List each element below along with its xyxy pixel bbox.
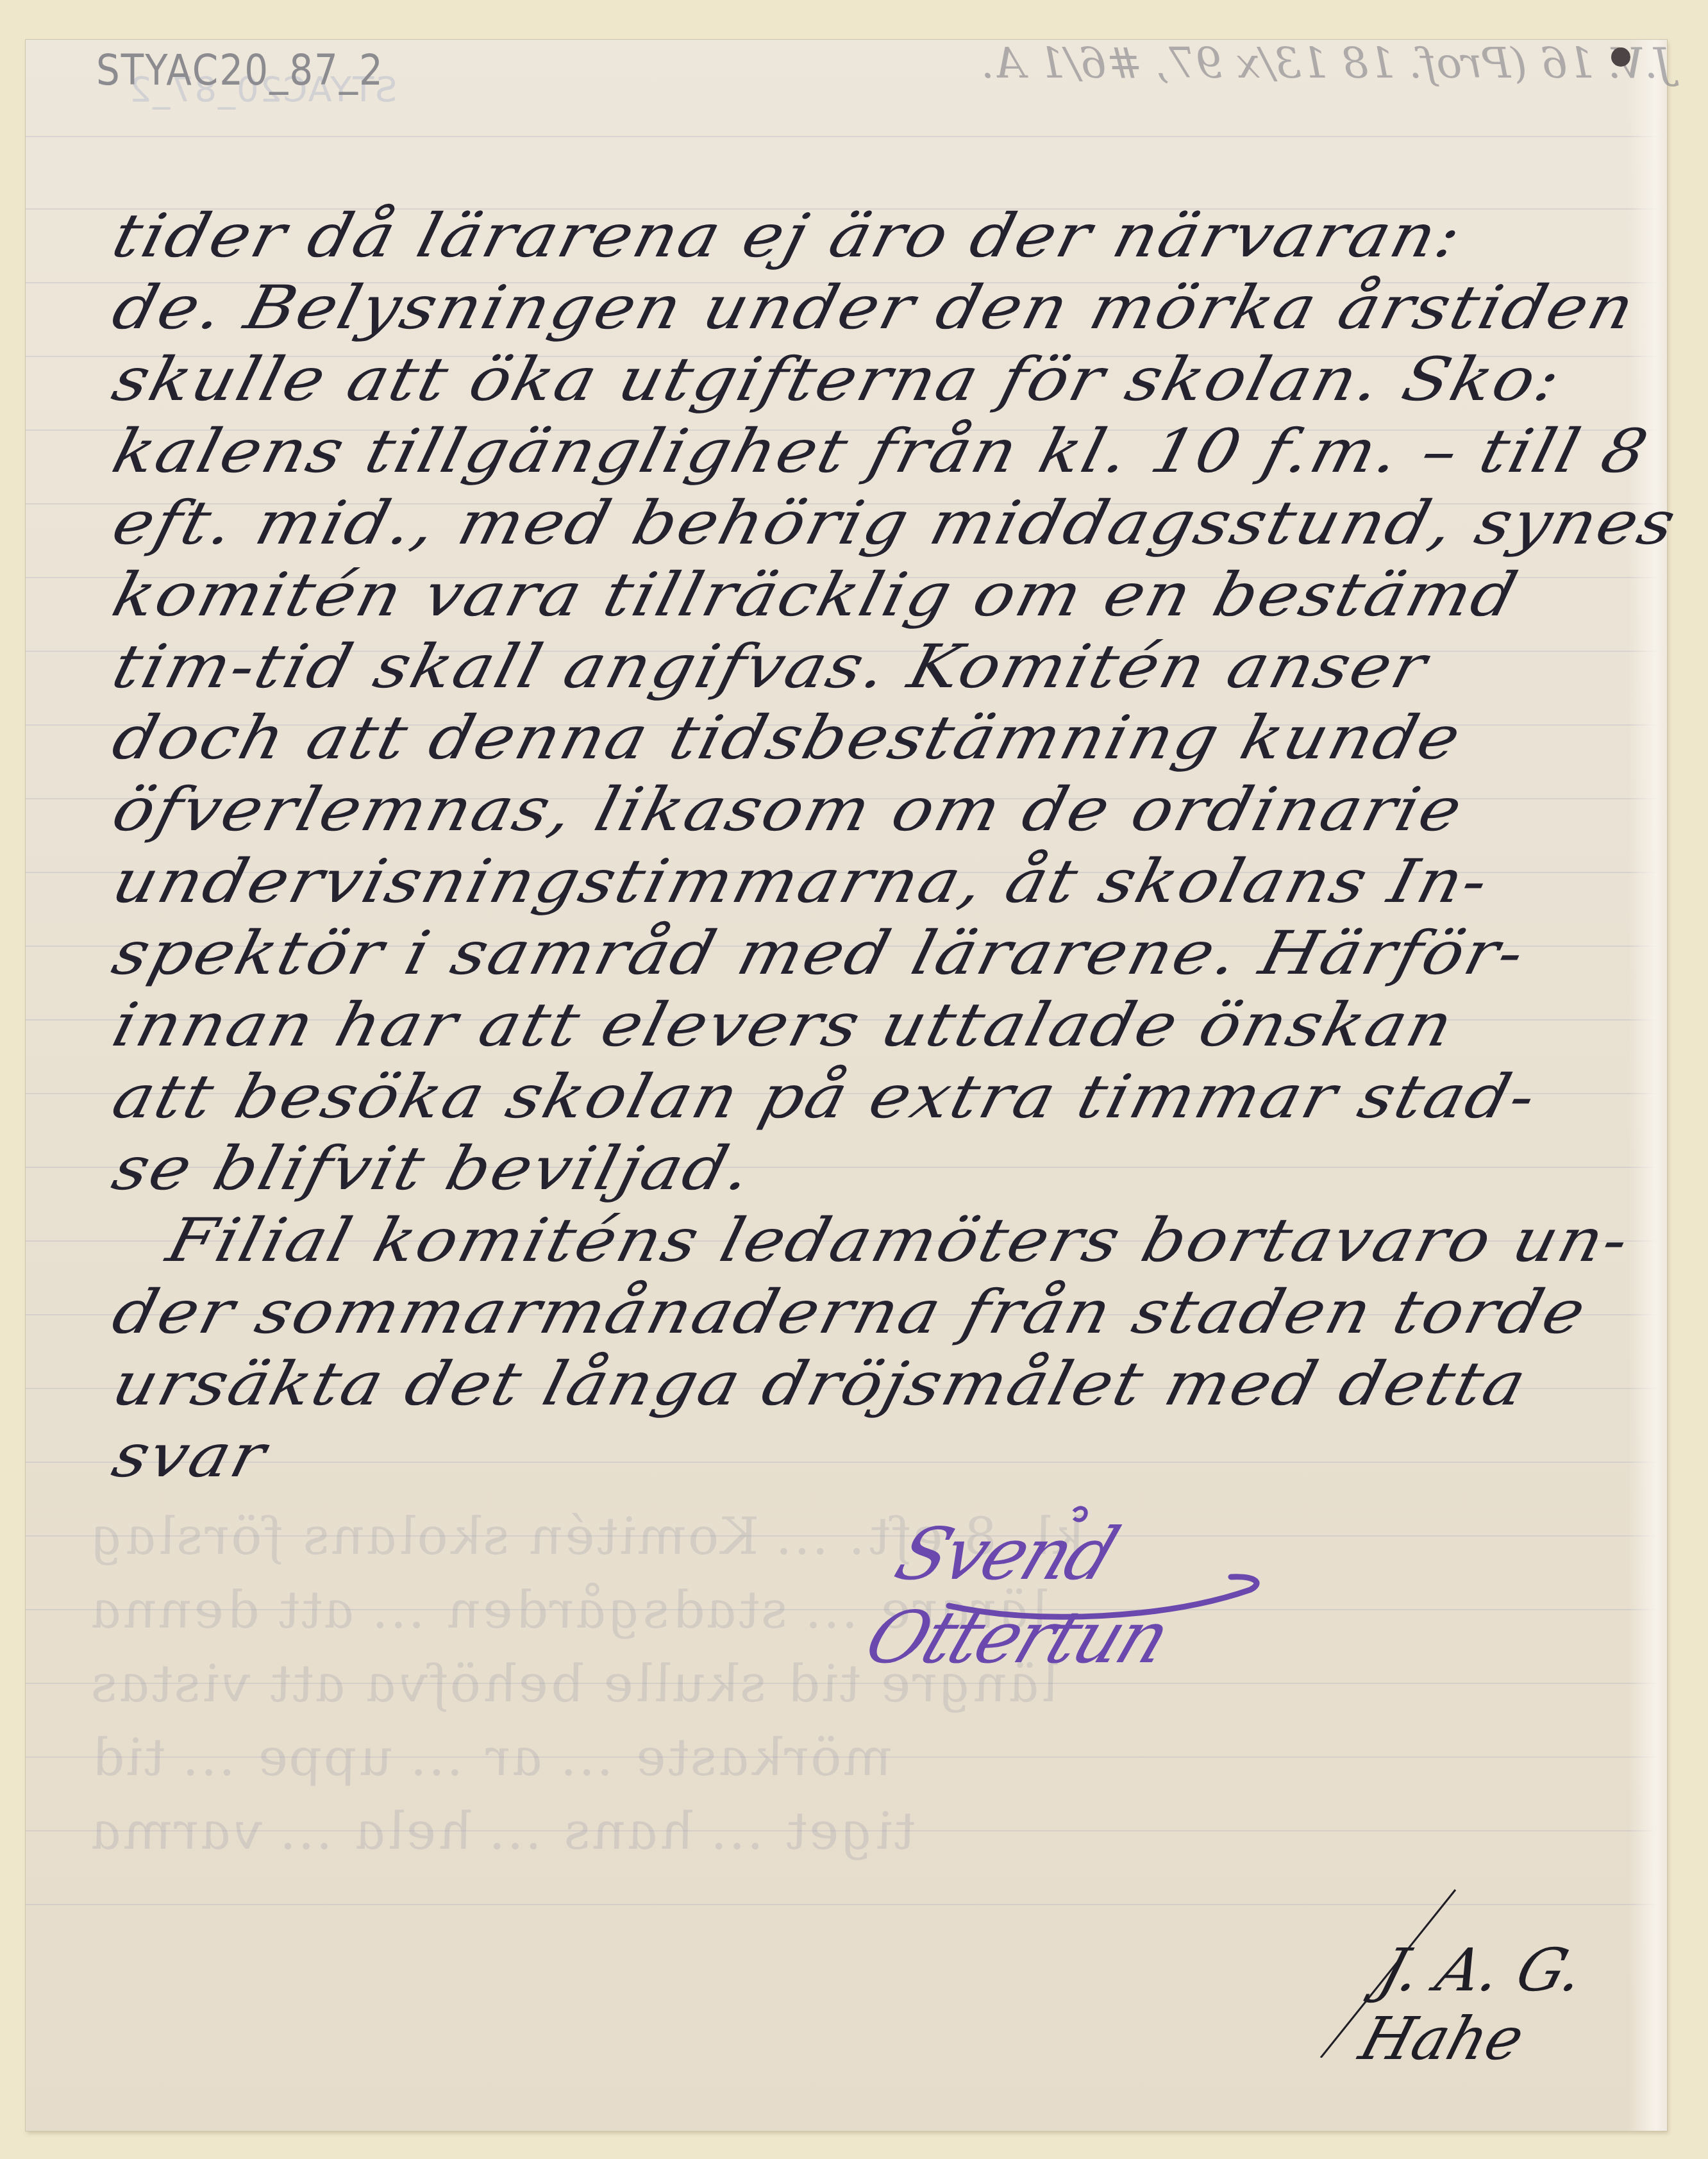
body-line: se blifvit beviljad. — [106, 1133, 760, 1204]
body-line: att besöka skolan på extra timmar stad- — [106, 1062, 1545, 1132]
body-line: skulle att öka utgifterna för skolan. Sk… — [106, 344, 1570, 414]
body-line: innan har att elevers uttalade önskan — [106, 990, 1462, 1060]
reference-note-bleed: J.V. 16 (Prof. 18 13/x 97, #6/1 A. — [981, 38, 1671, 88]
body-line: kalens tillgänglighet från kl. 10 f.m. –… — [106, 415, 1656, 486]
bleed-through-text: tiget ... hans ... hela ... varma — [83, 1801, 921, 1861]
body-line: tim-tid skall angifvas. Komitén anser — [106, 631, 1436, 701]
body-line: eft. mid., med behörig middagsstund, syn… — [106, 487, 1684, 558]
body-line: undervisningstimmarna, åt skolans In- — [106, 846, 1497, 917]
body-line: der sommarmånaderna från staden torde — [106, 1277, 1595, 1347]
paper-fold-edge — [1628, 40, 1667, 2131]
signature-name: J. A. G. Hahe — [1352, 1936, 1699, 2073]
body-line: ursäkta det långa dröjsmålet med detta — [106, 1349, 1534, 1419]
body-line: tider då lärarena ej äro der närvaran: — [106, 200, 1470, 271]
body-line: komitén vara tillräcklig om en bestämd — [106, 559, 1526, 629]
bleed-through-text: mörkaste ... ar ... uppe ... tid — [83, 1728, 899, 1787]
ruled-line — [26, 1462, 1667, 1463]
signature-flourish-icon — [872, 1494, 1269, 1635]
stamped-signature: Svend Ottertun — [872, 1494, 1269, 1635]
body-line: Filial komiténs ledamöters bortavaro un- — [160, 1205, 1637, 1276]
ink-blot — [1611, 47, 1630, 67]
handwritten-signature: J. A. G. Hahe — [1282, 1865, 1680, 2058]
body-line: öfverlemnas, likasom om de ordinarie — [106, 774, 1471, 845]
body-line: doch att denna tidsbestämning kunde — [106, 703, 1469, 773]
body-line: svar — [106, 1421, 274, 1491]
ruled-line — [26, 136, 1667, 137]
body-line: de. Belysningen under den mörka årstiden — [106, 272, 1643, 342]
archive-id: STYAC20_87_2 — [96, 45, 384, 95]
body-line: spektör i samråd med lärarene. Härför- — [106, 918, 1533, 988]
